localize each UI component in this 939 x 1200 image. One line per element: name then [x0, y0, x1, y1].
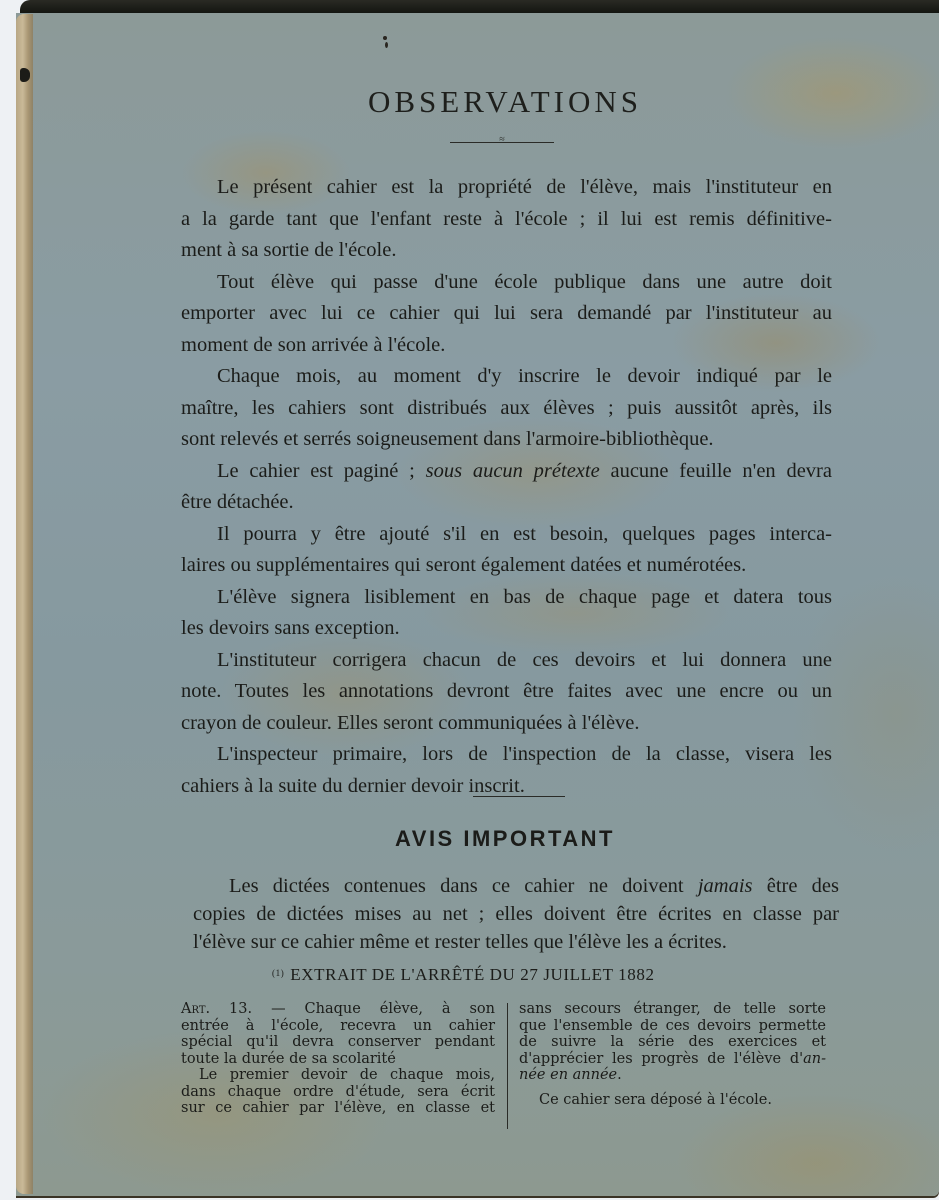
observation-paragraph: Chaque mois, au moment d'y inscrire le d…: [181, 361, 832, 456]
emphasis-text: an-: [803, 1051, 826, 1067]
divider-ornament-icon: ≈: [480, 134, 524, 145]
emphasis-text: née en année: [519, 1067, 617, 1083]
article-left-column: Art. 13. — Chaque élève, à son entrée à …: [181, 1001, 495, 1117]
observation-paragraph: Le présent cahier est la propriété de l'…: [181, 172, 832, 267]
observations-text: Le présent cahier est la propriété de l'…: [181, 172, 832, 802]
section-divider: [473, 796, 565, 797]
article-right-column: sans secours étranger, de telle sorte qu…: [519, 1001, 826, 1108]
avis-paragraph: Les dictées contenues dans ce cahier ne …: [193, 872, 839, 956]
emphasis-text: sous aucun prétexte: [426, 460, 600, 482]
observation-paragraph: L'instituteur corrigera chacun de ces de…: [181, 645, 832, 740]
emphasis-text: jamais: [698, 875, 753, 897]
ink-speck: [385, 42, 388, 48]
ink-speck: [383, 36, 387, 40]
observation-paragraph: Il pourra y être ajouté s'il en est beso…: [181, 519, 832, 582]
binding-hole: [20, 68, 30, 82]
column-divider: [507, 1003, 508, 1129]
observation-paragraph: Le cahier est paginé ; sous aucun prétex…: [181, 456, 832, 519]
observation-line: Le cahier est paginé ; sous aucun prétex…: [181, 456, 832, 488]
notebook-spine: [16, 14, 33, 1194]
observation-paragraph: Tout élève qui passe d'une école publiqu…: [181, 267, 832, 362]
observation-paragraph: L'inspecteur primaire, lors de l'inspect…: [181, 739, 832, 802]
page-title: OBSERVATIONS: [300, 84, 710, 120]
article-label: Art. 13.: [181, 1001, 252, 1017]
section-heading-avis: AVIS IMPORTANT: [300, 826, 710, 852]
closing-note: Ce cahier sera déposé à l'école.: [539, 1092, 826, 1109]
observation-paragraph: L'élève signera lisiblement en bas de ch…: [181, 582, 832, 645]
decree-heading: (1)EXTRAIT DE L'ARRÊTÉ DU 27 JUILLET 188…: [272, 965, 752, 985]
footnote-marker: (1): [272, 968, 284, 978]
